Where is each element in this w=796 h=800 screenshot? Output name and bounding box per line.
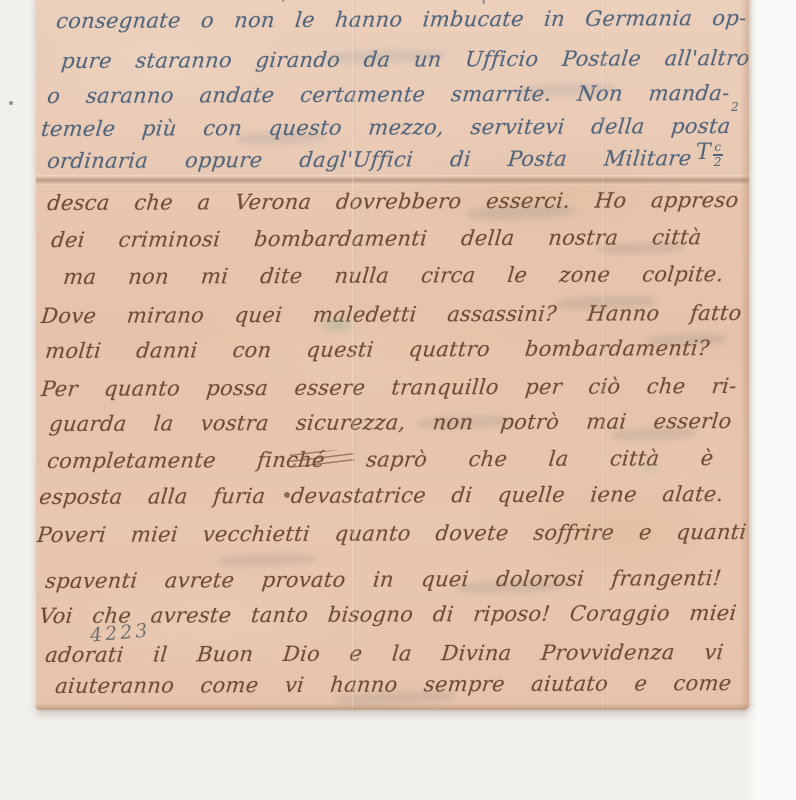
postal-sector-mark: T c 2 <box>696 142 723 168</box>
handwritten-line: molti danni con questi quattro bombardam… <box>44 335 711 364</box>
postal-mark-denominator: 2 <box>714 157 722 168</box>
green-ink-stain <box>634 460 664 476</box>
handwritten-line: guarda la vostra sicurezza, non potrò ma… <box>48 408 733 437</box>
handwritten-line: o saranno andate certamente smarrite. No… <box>46 80 731 109</box>
vertical-crease <box>352 0 355 710</box>
handwritten-line: aiuteranno come vi hanno sempre aiutato … <box>54 670 733 699</box>
fold-crease <box>36 175 749 185</box>
ink-bleed-ghost <box>216 552 316 567</box>
handwritten-line: consegnate o non le hanno imbucate in Ge… <box>55 5 748 34</box>
handwritten-line: completamente finché saprò che la città … <box>46 445 715 474</box>
handwritten-line: Per quanto possa essere tranquillo per c… <box>40 373 738 402</box>
ink-speck <box>284 492 290 498</box>
hyphen-repeat-mark: 2 <box>731 100 739 114</box>
handwritten-line: Poveri miei vecchietti quanto dovete sof… <box>36 519 748 548</box>
dust-speck <box>9 101 13 105</box>
handwritten-line: ma non mi dite nulla circa le zone colpi… <box>62 261 725 290</box>
handwritten-line: spaventi avrete provato in quei dolorosi… <box>44 565 723 594</box>
postal-mark-base: T <box>696 142 711 164</box>
vertical-crease <box>602 0 605 710</box>
handwritten-line: adorati il Buon Dio e la Divina Provvide… <box>44 639 725 668</box>
handwritten-line: Dove mirano quei maledetti assassini? Ha… <box>40 300 743 329</box>
handwritten-line: ordinaria oppure dagl'Uffici di Posta Mi… <box>46 145 693 174</box>
letter-page: consegnate o non le hanno imbucate in Ge… <box>36 0 749 710</box>
postal-mark-numerator: c <box>714 142 721 153</box>
handwritten-line: pure staranno girando da un Ufficio Post… <box>60 45 749 74</box>
paper-edge-shading <box>36 703 749 710</box>
handwritten-line: desca che a Verona dovrebbero esserci. H… <box>46 187 740 216</box>
handwritten-line: esposta alla furia devastatrice di quell… <box>38 481 725 510</box>
postal-mark-fraction: c 2 <box>713 142 723 168</box>
paper-edge-shading <box>740 0 749 710</box>
scan-background: consegnate o non le hanno imbucate in Ge… <box>0 0 796 800</box>
handwritten-line: temele più con questo mezzo, servitevi d… <box>40 113 732 142</box>
